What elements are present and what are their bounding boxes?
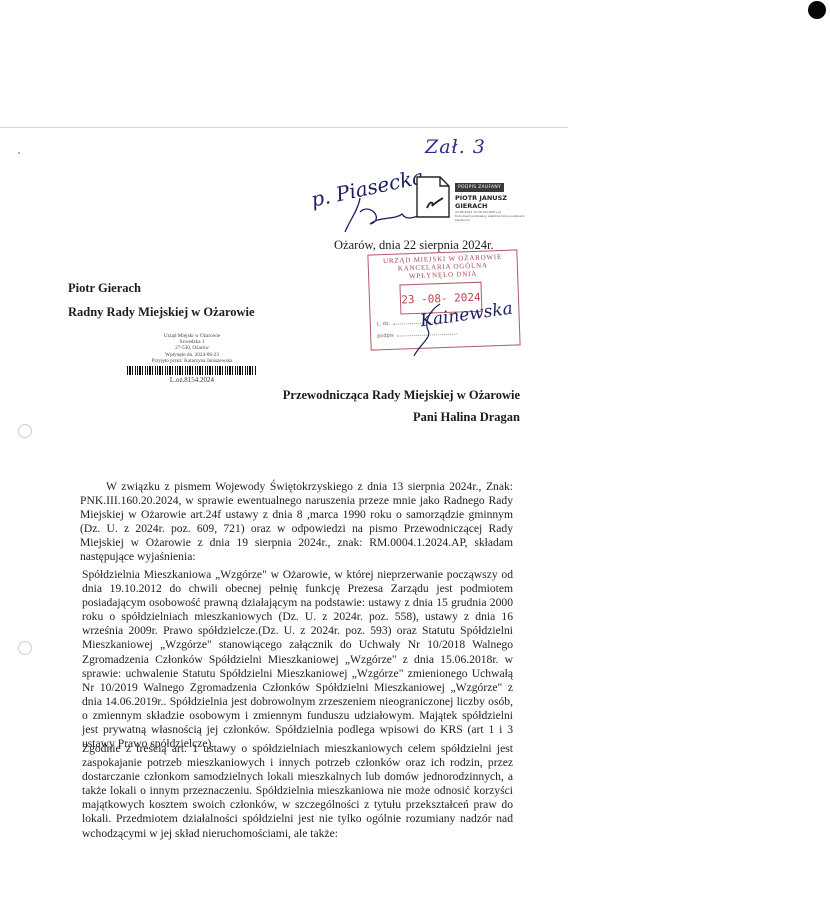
- body-paragraph-2: Zgodnie z treścią art. 1 ustawy o spółdz…: [82, 742, 513, 841]
- stamp-signature-stroke: [410, 300, 450, 360]
- black-dot-marker: [808, 1, 826, 19]
- ldz-label: L. dz.: [377, 321, 391, 327]
- sender-block: Piotr Gierach Radny Rady Miejskiej w Oża…: [68, 276, 255, 324]
- scan-speck: [18, 152, 20, 154]
- document-signature-icon: [416, 176, 450, 218]
- handwritten-signature: [340, 190, 420, 240]
- barcode: [127, 366, 257, 375]
- signature-note: Dokument podpisany elektronicznie podpis…: [455, 214, 535, 222]
- recipient-block: Przewodnicząca Rady Miejskiej w Ożarowie…: [268, 384, 520, 428]
- signer-name-2: GIERACH: [455, 203, 535, 211]
- registry-line-5: Przyjęto przez: Katarzyna Janiszewska: [122, 358, 262, 364]
- page-top-edge: [0, 127, 568, 128]
- recipient-title: Przewodnicząca Rady Miejskiej w Ożarowie: [268, 384, 520, 406]
- sender-role: Radny Rady Miejskiej w Ożarowie: [68, 300, 255, 324]
- registry-label: Urząd Miejski w Ożarowie Szwedzka 1 27-5…: [122, 333, 262, 383]
- intro-paragraph: W związku z pismem Wojewody Świętokrzysk…: [80, 480, 513, 565]
- trusted-badge: PODPIS ZAUFANY: [455, 183, 504, 192]
- sender-name: Piotr Gierach: [68, 276, 255, 300]
- registry-number: L.oz.8154.2024: [122, 377, 262, 383]
- punch-hole-icon: [18, 641, 32, 655]
- recipient-name: Pani Halina Dragan: [268, 406, 520, 428]
- punch-hole-icon: [18, 424, 32, 438]
- podpis-label: podpis: [377, 333, 394, 340]
- trusted-signature-block: PODPIS ZAUFANY PIOTR JANUSZ GIERACH 22.0…: [455, 175, 535, 222]
- body-paragraph-1: Spółdzielnia Mieszkaniowa „Wzgórze" w Oż…: [82, 568, 513, 751]
- attachment-mark: Zał. 3: [425, 136, 486, 158]
